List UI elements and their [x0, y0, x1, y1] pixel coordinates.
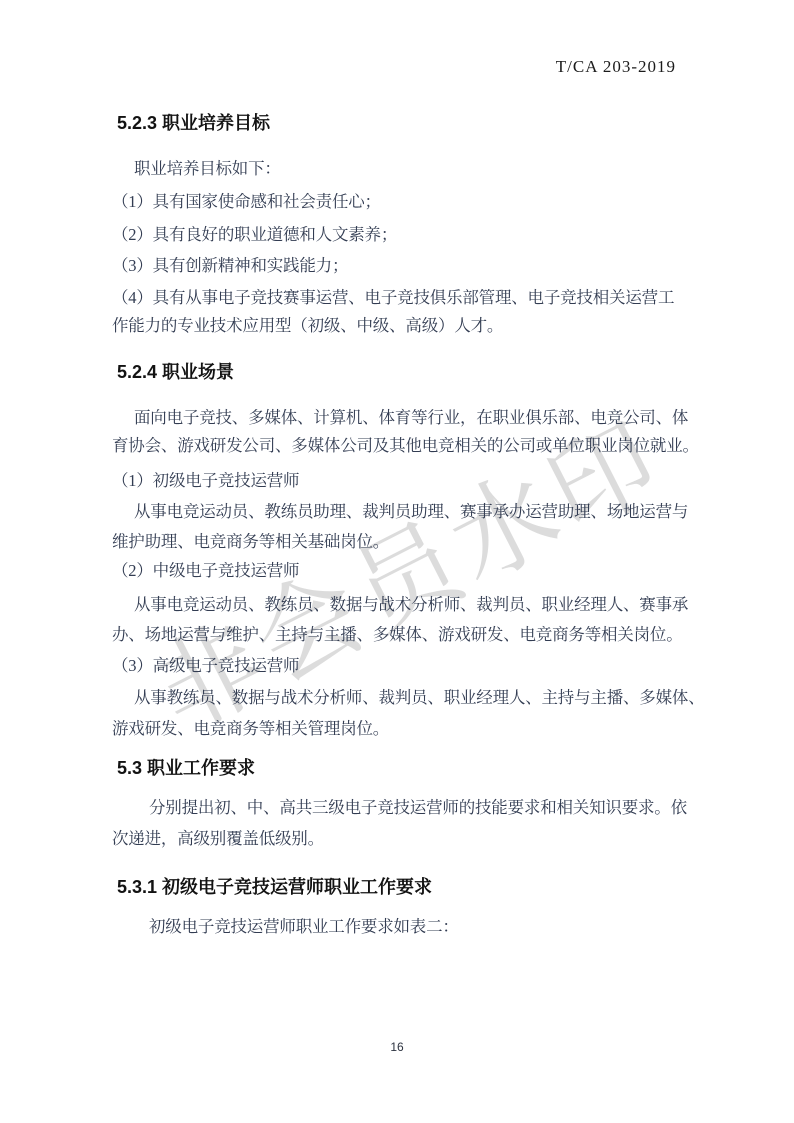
senior-operator-line1: 从事教练员、数据与战术分析师、裁判员、职业经理人、主持与主播、多媒体、	[134, 687, 705, 709]
mid-operator-line2: 办、场地运营与维护、主持与主播、多媒体、游戏研发、电竞商务等相关岗位。	[112, 624, 683, 646]
paragraph-requirements-line1: 分别提出初、中、高共三级电子竞技运营师的技能要求和相关知识要求。依	[149, 797, 687, 819]
junior-operator-line2: 维护助理、电竞商务等相关基础岗位。	[112, 531, 389, 553]
goal-item-4-line2: 作能力的专业技术应用型（初级、中级、高级）人才。	[112, 315, 503, 337]
goal-item-3: （3）具有创新精神和实践能力；	[112, 255, 348, 277]
paragraph-requirements-line2: 次递进，高级别覆盖低级别。	[112, 828, 324, 850]
junior-operator-line1: 从事电竞运动员、教练员助理、裁判员助理、赛事承办运营助理、场地运营与	[134, 501, 688, 523]
standard-number-header: T/CA 203-2019	[556, 57, 676, 77]
document-page: 非会员水印 T/CA 203-2019 5.2.3 职业培养目标 职业培养目标如…	[0, 0, 794, 1123]
goal-item-4-line1: （4）具有从事电子竞技赛事运营、电子竞技俱乐部管理、电子竞技相关运营工	[112, 287, 674, 309]
senior-operator-title: （3）高级电子竞技运营师	[112, 655, 299, 677]
section-heading-5-2-4: 5.2.4 职业场景	[117, 361, 234, 383]
paragraph-table-intro: 初级电子竞技运营师职业工作要求如表二：	[149, 916, 459, 938]
paragraph-goal-intro: 职业培养目标如下：	[134, 158, 281, 180]
goal-item-1: （1）具有国家使命感和社会责任心；	[112, 191, 381, 213]
goal-item-2: （2）具有良好的职业道德和人文素养；	[112, 224, 397, 246]
mid-operator-line1: 从事电竞运动员、教练员、数据与战术分析师、裁判员、职业经理人、赛事承	[134, 594, 688, 616]
junior-operator-title: （1）初级电子竞技运营师	[112, 470, 299, 492]
paragraph-scene-line2: 育协会、游戏研发公司、多媒体公司及其他电竞相关的公司或单位职业岗位就业。	[112, 435, 699, 457]
section-heading-5-3: 5.3 职业工作要求	[117, 757, 255, 779]
page-number: 16	[0, 1040, 794, 1054]
section-heading-5-3-1: 5.3.1 初级电子竞技运营师职业工作要求	[117, 876, 432, 898]
senior-operator-line2: 游戏研发、电竞商务等相关管理岗位。	[112, 718, 389, 740]
mid-operator-title: （2）中级电子竞技运营师	[112, 560, 299, 582]
paragraph-scene-line1: 面向电子竞技、多媒体、计算机、体育等行业，在职业俱乐部、电竞公司、体	[134, 407, 688, 429]
section-heading-5-2-3: 5.2.3 职业培养目标	[117, 112, 270, 134]
